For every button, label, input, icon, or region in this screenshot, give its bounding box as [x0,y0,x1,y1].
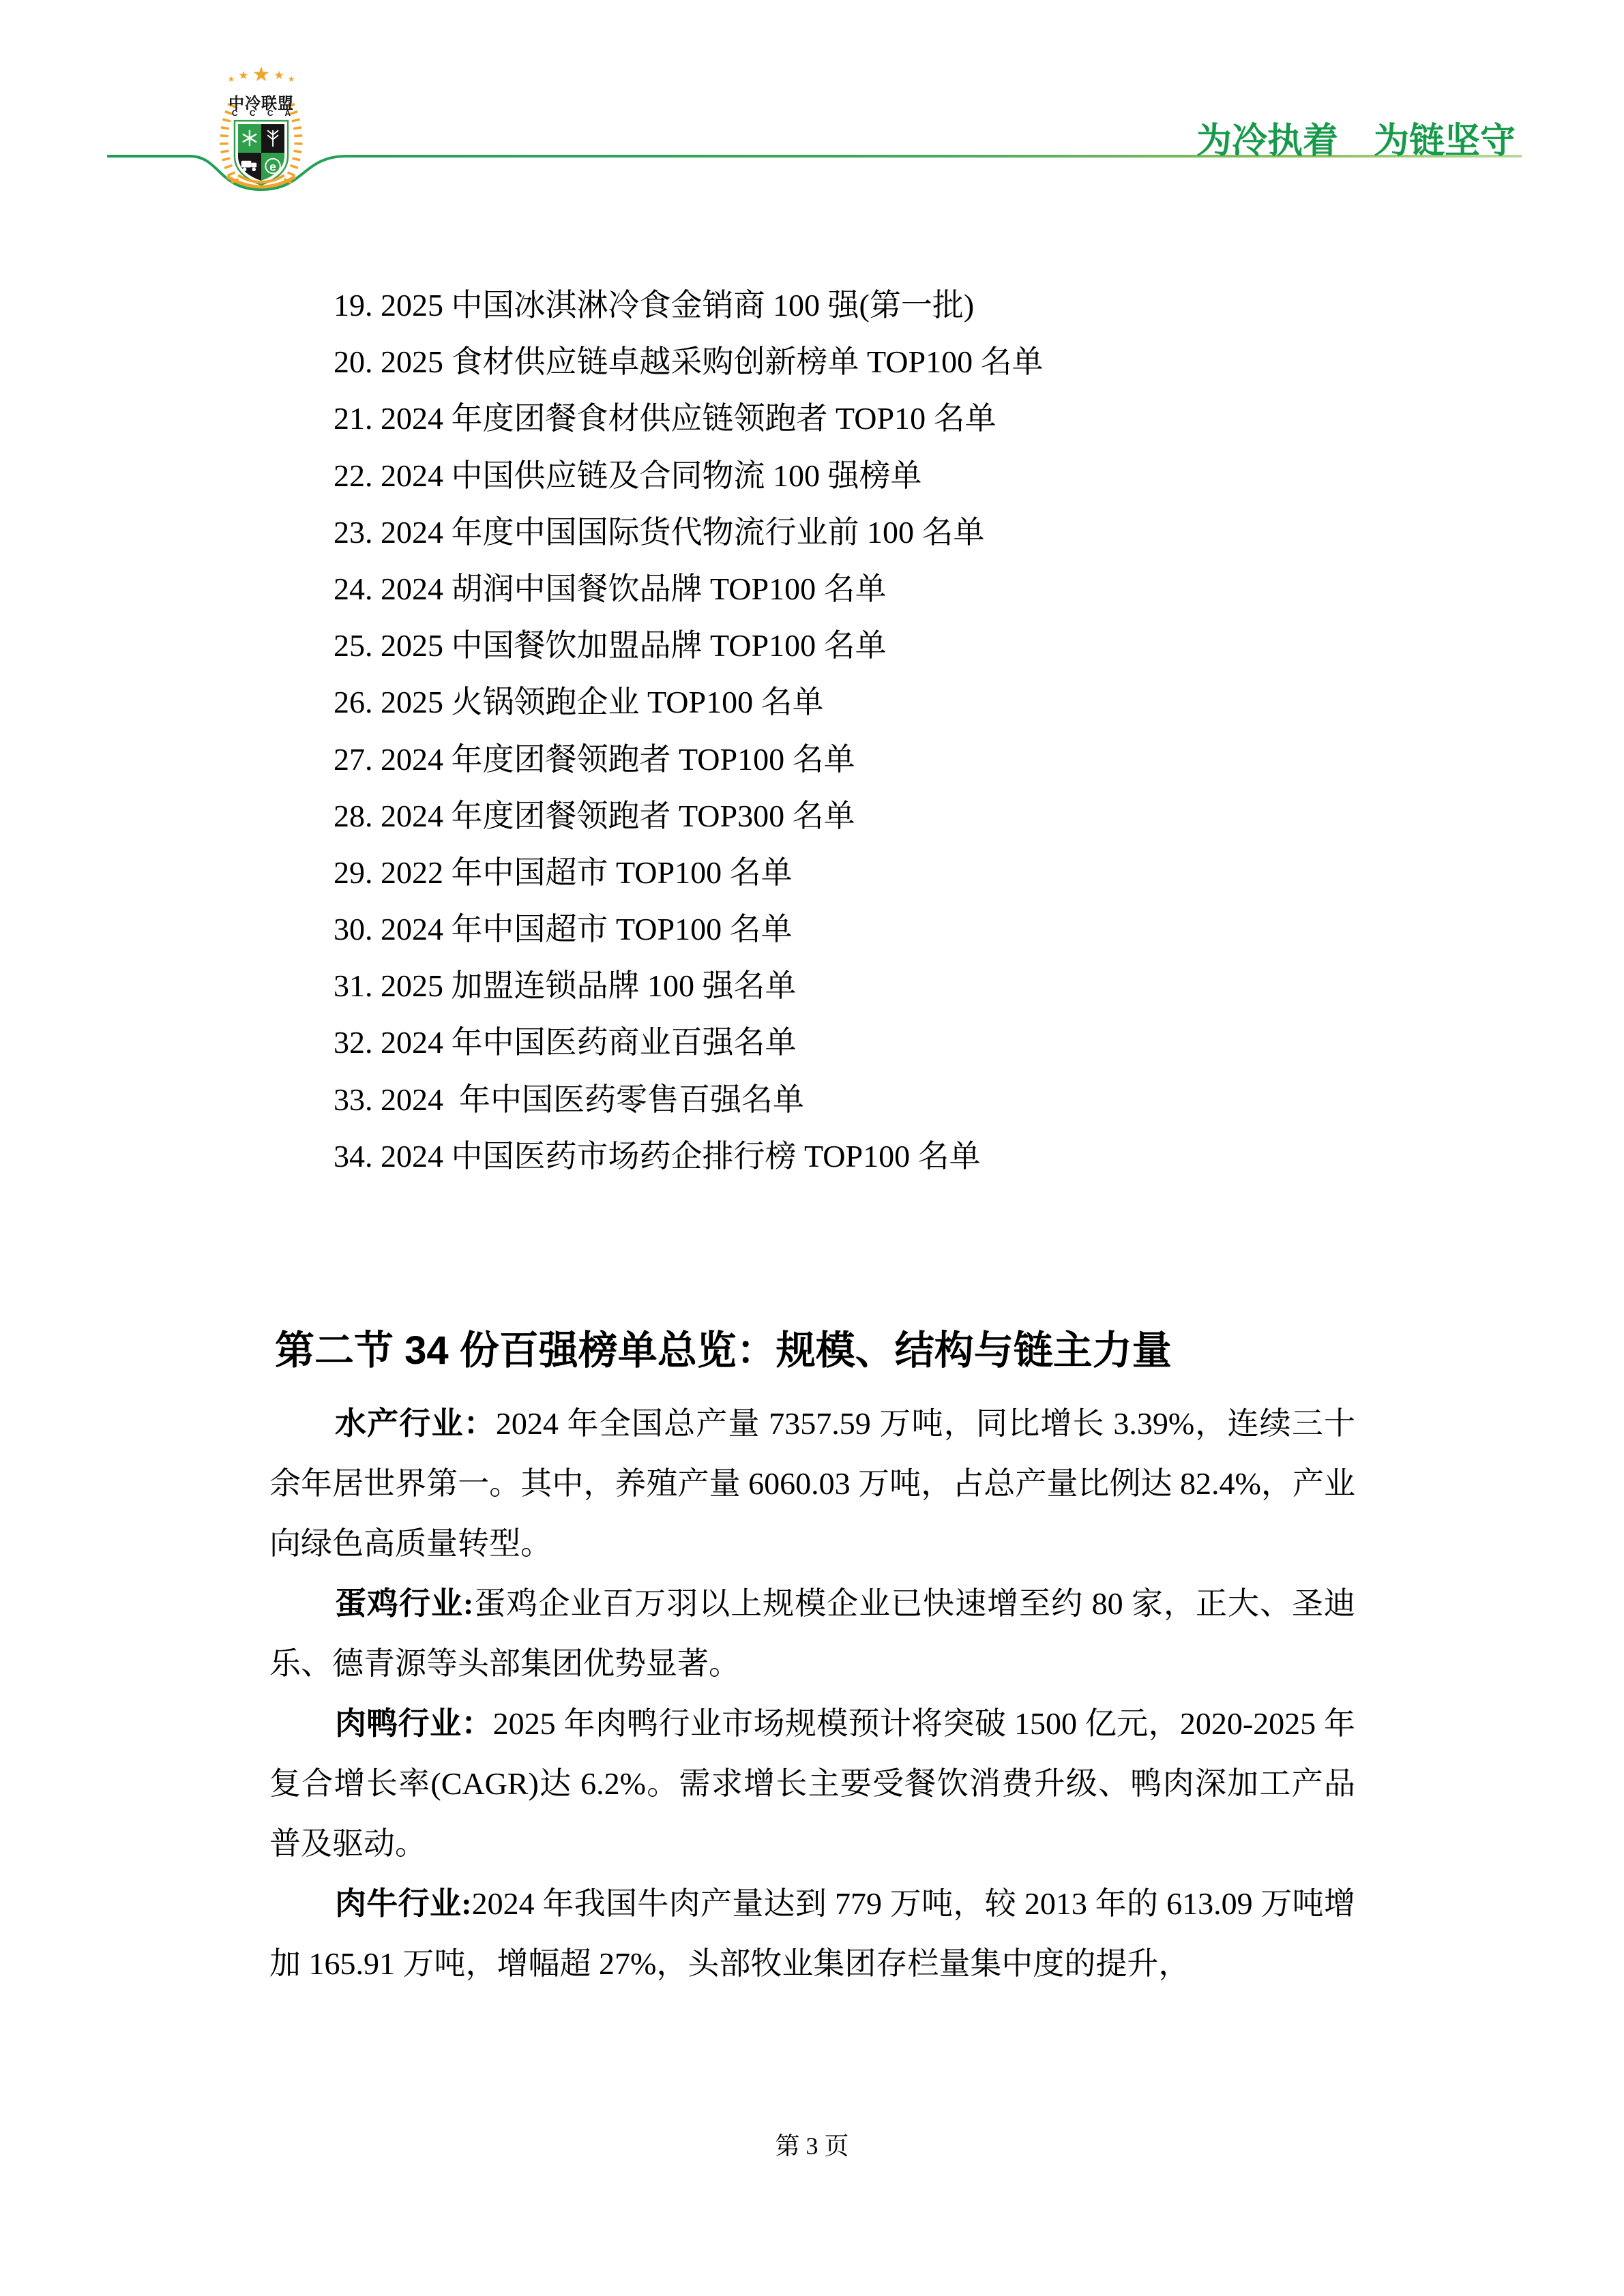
ranking-list: 19. 2025 中国冰淇淋冷食金销商 100 强(第一批) 20. 2025 … [334,277,1357,1184]
section-heading: 第二节 34 份百强榜单总览：规模、结构与链主力量 [275,1327,1434,1375]
list-item: 25. 2025 中国餐饮加盟品牌 TOP100 名单 [334,617,1357,674]
paragraph-aquatic: 水产行业：2024 年全国总产量 7357.59 万吨，同比增长 3.39%，连… [269,1394,1355,1574]
list-item: 32. 2024 年中国医药商业百强名单 [334,1014,1357,1071]
list-item: 19. 2025 中国冰淇淋冷食金销商 100 强(第一批) [334,277,1357,333]
paragraph-beef-cattle: 肉牛行业:2024 年我国牛肉产量达到 779 万吨，较 2013 年的 613… [269,1874,1355,1994]
list-item: 20. 2025 食材供应链卓越采购创新榜单 TOP100 名单 [334,333,1357,390]
list-item: 27. 2024 年度团餐领跑者 TOP100 名单 [334,731,1357,788]
list-item: 24. 2024 胡润中国餐饮品牌 TOP100 名单 [334,561,1357,617]
paragraph-lead: 肉鸭行业： [335,1706,493,1741]
paragraph-meat-duck: 肉鸭行业：2025 年肉鸭行业市场规模预计将突破 1500 亿元，2020-20… [269,1694,1355,1874]
list-item: 21. 2024 年度团餐食材供应链领跑者 TOP10 名单 [334,390,1357,447]
list-item: 31. 2025 加盟连锁品牌 100 强名单 [334,957,1357,1014]
list-item: 34. 2024 中国医药市场药企排行榜 TOP100 名单 [334,1128,1357,1184]
list-item: 23. 2024 年度中国国际货代物流行业前 100 名单 [334,504,1357,561]
list-item: 28. 2024 年度团餐领跑者 TOP300 名单 [334,788,1357,844]
svg-text:e: e [269,160,276,173]
paragraph-lead: 水产行业： [335,1406,496,1441]
paragraph-layer-hen: 蛋鸡行业:蛋鸡企业百万羽以上规模企业已快速增至约 80 家，正大、圣迪乐、德青源… [269,1574,1355,1694]
paragraph-lead: 蛋鸡行业: [335,1586,473,1621]
stars-icon: ★★★★★ [207,65,316,85]
logo-base-arcs-icon [220,174,302,194]
list-item: 30. 2024 年中国超市 TOP100 名单 [334,901,1357,957]
list-item: 33. 2024 年中国医药零售百强名单 [334,1071,1357,1128]
logo-org-abbr: C C C A [207,108,316,118]
list-item: 26. 2025 火锅领跑企业 TOP100 名单 [334,674,1357,730]
document-page: { "header": { "logo": { "org_cn": "中冷联盟"… [0,0,1624,2296]
list-item: 29. 2022 年中国超市 TOP100 名单 [334,844,1357,901]
list-item: 22. 2024 中国供应链及合同物流 100 强榜单 [334,447,1357,504]
page-number: 第 3 页 [0,2130,1624,2162]
header-slogan-calligraphy: 为冷执着 为链坚守 [1196,121,1516,162]
ccca-logo: ★★★★★ 中冷联盟 C C C A [207,63,316,190]
paragraph-lead: 肉牛行业: [335,1886,472,1921]
section-body: 水产行业：2024 年全国总产量 7357.59 万吨，同比增长 3.39%，连… [269,1394,1355,1994]
